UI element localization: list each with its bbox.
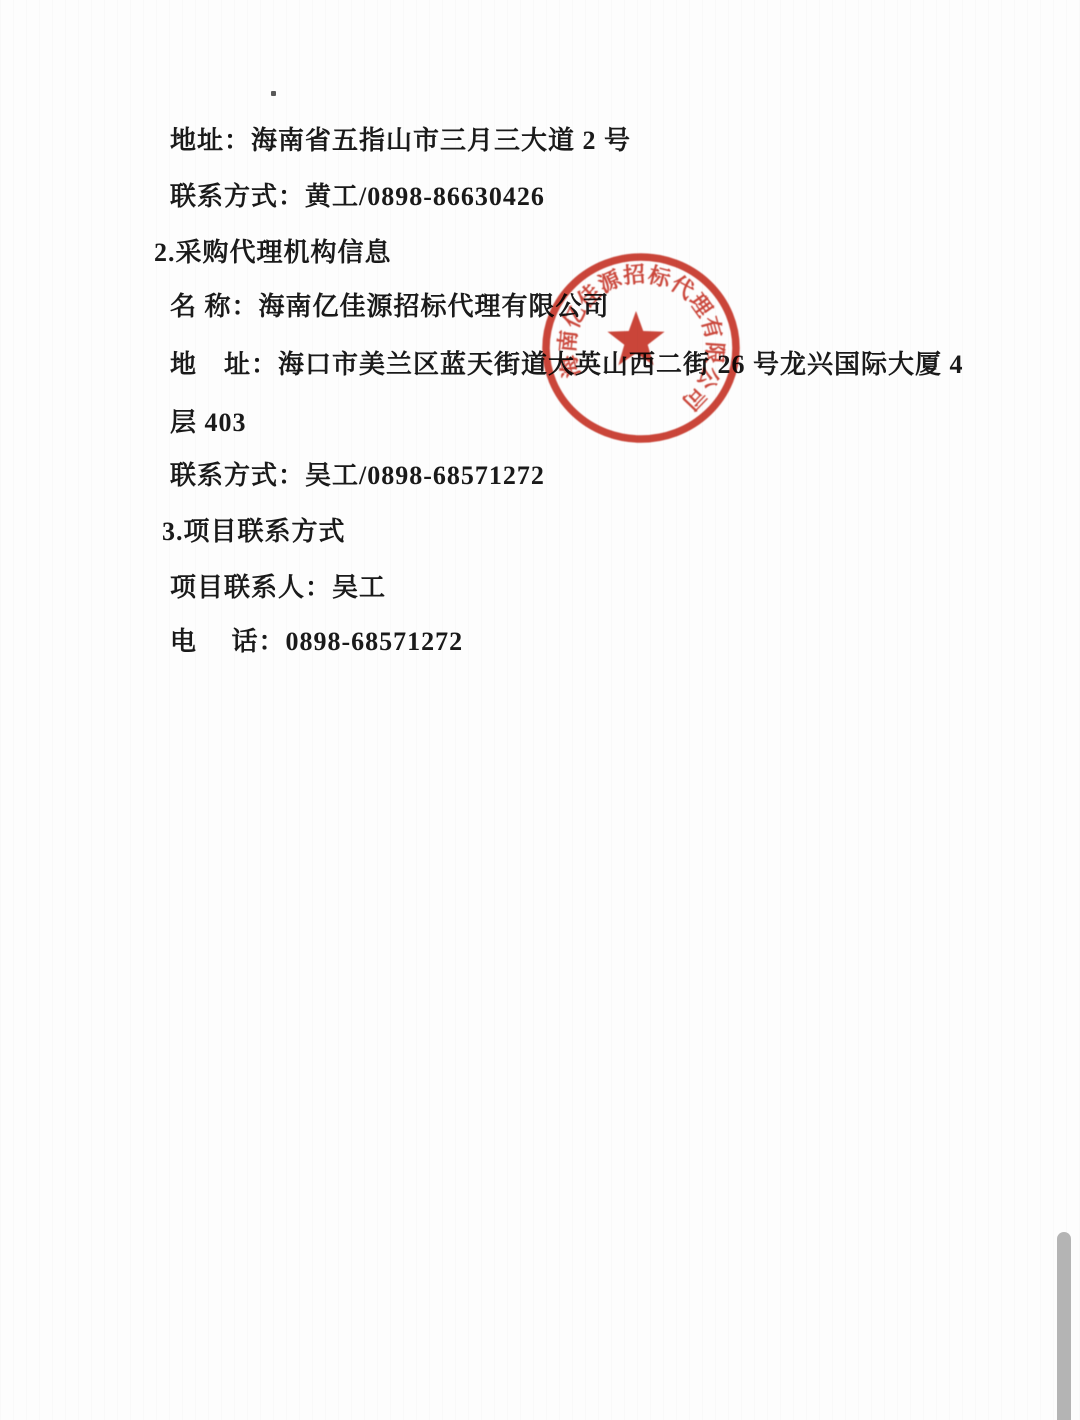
document-text: 地址：海南省五指山市三月三大道 2 号 联系方式：黄工/0898-8663042… (0, 0, 1080, 1420)
official-seal-stamp: 海南亿佳源招标代理有限公司 (526, 233, 756, 463)
document-viewer: 地址：海南省五指山市三月三大道 2 号 联系方式：黄工/0898-8663042… (0, 0, 1080, 1420)
scrollbar-thumb[interactable] (1057, 1232, 1071, 1420)
line-project-phone: 电 话：0898-68571272 (170, 629, 463, 655)
line-project-contact-person: 项目联系人：吴工 (170, 575, 386, 601)
section-heading-agency-info: 2.采购代理机构信息 (154, 240, 392, 266)
line-agency-address-cont: 层 403 (170, 410, 247, 436)
line-purchaser-contact: 联系方式：黄工/0898-86630426 (170, 184, 545, 210)
star-icon (607, 311, 664, 365)
document-page: 地址：海南省五指山市三月三大道 2 号 联系方式：黄工/0898-8663042… (0, 0, 1080, 1420)
section-heading-project-contact: 3.项目联系方式 (162, 519, 346, 545)
line-agency-contact: 联系方式：吴工/0898-68571272 (170, 463, 545, 489)
line-purchaser-address: 地址：海南省五指山市三月三大道 2 号 (170, 128, 631, 154)
